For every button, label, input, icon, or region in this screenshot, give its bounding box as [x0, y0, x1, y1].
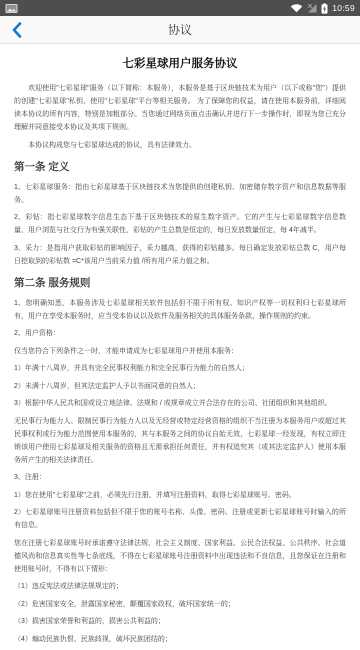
section-heading: 第二条 服务规则: [14, 276, 346, 290]
status-time: 10:59: [332, 0, 355, 16]
agreement-paragraph: 1、您明确知悉，本服务涉及七彩星球相关软件包括但不限于所有权、知识产权等一切权利…: [14, 297, 346, 323]
agreement-body: 欢迎使用"七彩星球"服务（以下简称：本服务），本服务是基于区块链技术为用户（以下…: [14, 82, 346, 646]
agreement-paragraph: （4）煽动民族仇恨、民族歧视，破坏民族团结的；: [14, 633, 346, 646]
agreement-paragraph: 仅当您符合下列条件之一时，才能申请成为七彩星球用户并使用本服务：: [14, 345, 346, 358]
agreement-paragraph: 本协议构成您与七彩星球达成的协议，具有法律效力。: [14, 139, 346, 152]
agreement-paragraph: （3）损害国家荣誉和利益的，损害公共利益的；: [14, 615, 346, 628]
agreement-paragraph: 3、注册：: [14, 471, 346, 484]
cellular-off-icon: [307, 3, 317, 13]
screenshot-notification-icon: [5, 3, 18, 14]
agreement-paragraph: 1、七彩星球服务：指由七彩星球基于区块链技术为您提供的创建私钥、加密储存数字资产…: [14, 181, 346, 207]
agreement-paragraph: 2、用户资格：: [14, 327, 346, 340]
section-heading: 第一条 定义: [14, 160, 346, 174]
back-button[interactable]: [0, 16, 34, 44]
back-chevron-icon: [11, 21, 23, 39]
agreement-paragraph: 欢迎使用"七彩星球"服务（以下简称：本服务），本服务是基于区块链技术为用户（以下…: [14, 82, 346, 134]
agreement-paragraph: 3）根据中华人民共和国或设立地法律、法规和 / 或规章成立并合法存在的公司、社团…: [14, 397, 346, 410]
battery-charging-icon: [321, 3, 328, 14]
agreement-title: 七彩星球用户服务协议: [14, 55, 346, 71]
status-bar: 10:59: [0, 0, 360, 16]
agreement-scroll-area[interactable]: 七彩星球用户服务协议 欢迎使用"七彩星球"服务（以下简称：本服务），本服务是基于…: [0, 44, 360, 650]
wifi-icon: [290, 3, 303, 13]
agreement-paragraph: 2、彩钻：指七彩星球数字信息生态下基于区块链技术的原生数字资产。它的产生与七彩星…: [14, 211, 346, 237]
agreement-paragraph: （2）危害国家安全，泄露国家秘密，颠覆国家政权，破坏国家统一的；: [14, 598, 346, 611]
agreement-paragraph: 1）您在使用"七彩星球"之前，必须先行注册，并填写注册资料，取得七彩星球账号、密…: [14, 489, 346, 502]
agreement-paragraph: 您在注册七彩星球账号时承诺遵守法律法规、社会主义制度、国家利益、公民合法权益、公…: [14, 537, 346, 576]
agreement-paragraph: 3、采力：是指用户获取彩钻的影响因子，采力越高，获得的彩钻越多。每日确定发放彩钻…: [14, 242, 346, 268]
page-title: 协议: [168, 21, 192, 38]
agreement-paragraph: 无民事行为能力人、限制民事行为能力人以及无经营或特定经营资格的组织不当注册为本服…: [14, 415, 346, 467]
agreement-paragraph: （1）违反宪法或法律法规规定的；: [14, 580, 346, 593]
agreement-paragraph: 1）年满十八周岁，并具有完全民事权利能力和完全民事行为能力的自然人；: [14, 362, 346, 375]
app-screen: 10:59 协议 七彩星球用户服务协议 欢迎使用"七彩星球"服务（以下简称：本服…: [0, 0, 360, 650]
agreement-paragraph: 2）七彩星球账号注册资料包括但不限于您的账号名称、头像、密码、注册或更新七彩星球…: [14, 506, 346, 532]
agreement-paragraph: 2）未满十八周岁，但其法定监护人予以书面同意的自然人；: [14, 380, 346, 393]
nav-bar: 协议: [0, 16, 360, 44]
